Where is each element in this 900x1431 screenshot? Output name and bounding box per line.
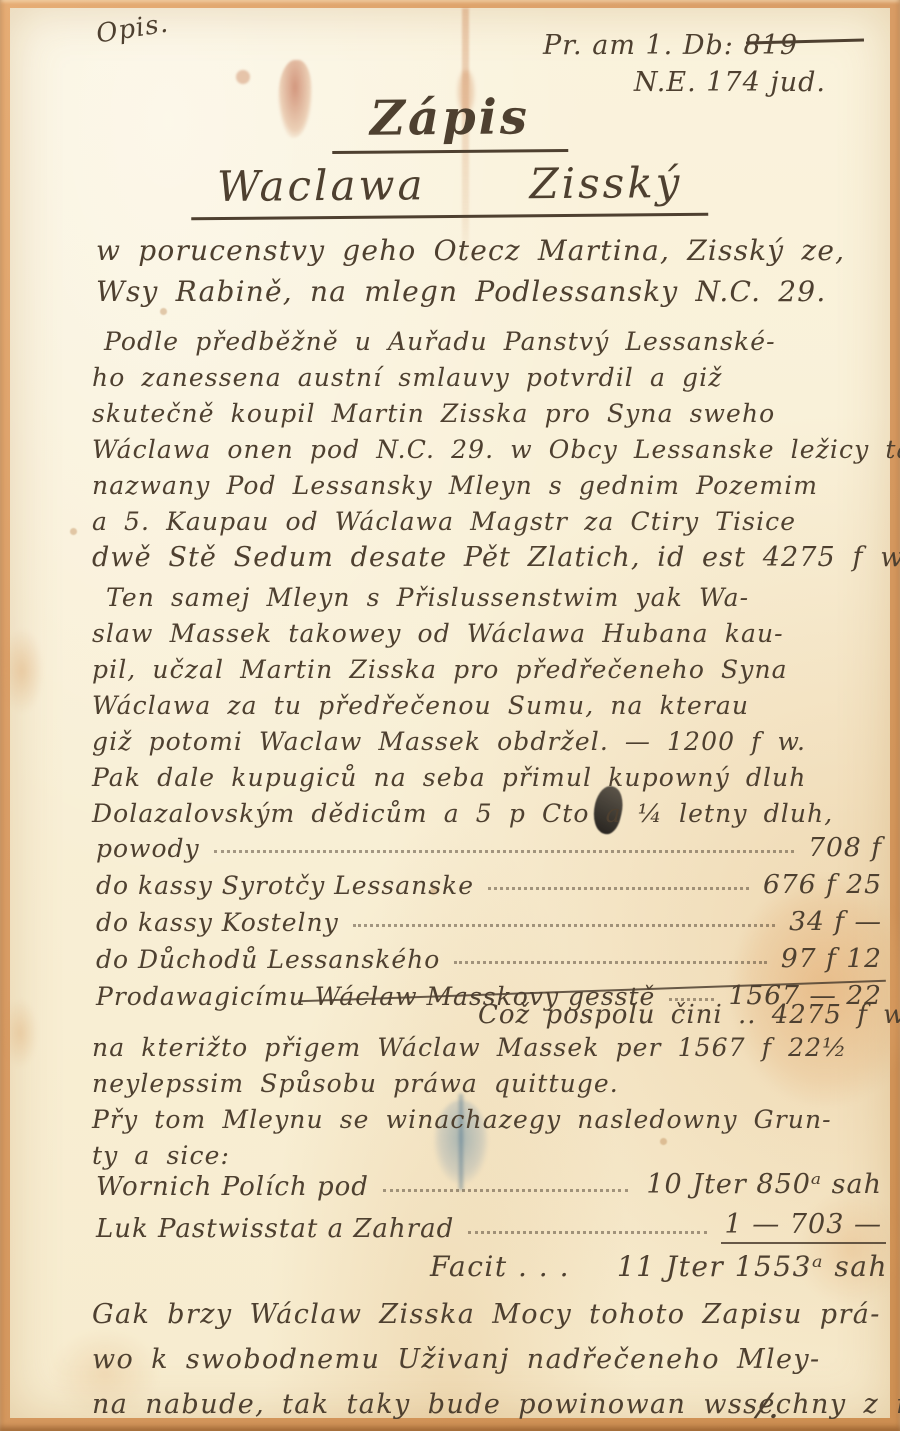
land-label: Luk Pastwisstat a Zahrad — [96, 1214, 454, 1244]
body-line: pil, učzal Martin Zisska pro předřečeneh… — [92, 652, 874, 688]
facit-row: Facit . . . 11 Jter 1553ᵃ sah — [430, 1250, 888, 1283]
rust-spot — [236, 70, 250, 84]
account-label: do Důchodů Lessanského — [96, 945, 440, 974]
dotted-leader — [488, 887, 749, 890]
body-line: slaw Massek takowey od Wáclawa Hubana ka… — [92, 616, 874, 652]
body-line: a 5. Kaupau od Wáclawa Magstr za Ctiry T… — [92, 504, 874, 540]
quittance-line: na kterižto přigem Wáclaw Massek per 156… — [92, 1030, 874, 1066]
closing-line: wo k swobodnemu Uživanj nadřečeneho Mley… — [92, 1337, 874, 1382]
manuscript-page: Opis. Pr. am 1. Db: 819 N.E. 174 jud. Zá… — [0, 0, 900, 1431]
grounds-line: Přy tom Mleynu se winachazegy nasledowny… — [92, 1102, 874, 1138]
quittance-line: neylepssim Spůsobu práwa quittuge. — [92, 1066, 874, 1102]
account-row: do kassy Syrotčy Lessanske 676 f 25 — [96, 863, 882, 900]
land-amount: 1 — 703 — — [721, 1209, 886, 1244]
title-wrap: Zápis — [10, 90, 890, 153]
copy-annotation: Opis. — [94, 8, 171, 49]
subtitle-word-2: Zisský — [530, 158, 683, 208]
dotted-leader — [383, 1189, 628, 1192]
body-line: skutečně koupil Martin Zisska pro Syna s… — [92, 396, 874, 432]
intro-paragraph: w porucenstvy geho Otecz Martina, Zisský… — [96, 230, 845, 312]
body-line: ho zanessena austní smlauvy potvrdil a g… — [92, 360, 874, 396]
facit-amount: 11 Jter 1553ᵃ sah — [617, 1250, 888, 1283]
document-subtitle: Waclawa Zisský — [191, 158, 709, 221]
quittance-paragraph: na kterižto přigem Wáclaw Massek per 156… — [92, 1030, 874, 1102]
subtitle-wrap: Waclawa Zisský — [10, 160, 890, 218]
account-amount: 708 f — [808, 832, 882, 863]
land-list: Wornich Polích pod 10 Jter 850ᵃ sah Luk … — [96, 1160, 886, 1244]
account-row: do kassy Kostelny 34 f — — [96, 900, 882, 937]
body-line: nazwany Pod Lessansky Mleyn s gednim Poz… — [92, 468, 874, 504]
account-amount: 676 f 25 — [763, 869, 882, 900]
intro-line: w porucenstvy geho Otecz Martina, Zisský… — [96, 230, 845, 271]
dotted-leader — [454, 961, 767, 964]
land-label: Wornich Polích pod — [96, 1172, 369, 1202]
body-paragraph-2: Ten samej Mleyn s Přislussenstwim yak Wa… — [92, 580, 874, 832]
aging-stain — [2, 998, 38, 1068]
account-row: do Důchodů Lessanského 97 f 12 — [96, 937, 882, 974]
paper-freckle — [70, 528, 77, 535]
body-line: Wáclawa za tu předřečenou Sumu, na ktera… — [92, 688, 874, 724]
facit-label: Facit . . . — [430, 1250, 570, 1283]
dotted-leader — [353, 924, 775, 927]
land-row-meadows: Luk Pastwisstat a Zahrad 1 — 703 — — [96, 1202, 886, 1244]
body-line-paid-amount: giž potomi Waclaw Massek obdržel. — 1200… — [92, 724, 874, 760]
body-line: Ten samej Mleyn s Přislussenstwim yak Wa… — [92, 580, 874, 616]
land-amount: 10 Jter 850ᵃ sah — [642, 1169, 886, 1202]
document-title: Zápis — [332, 89, 569, 154]
header-right-block: Pr. am 1. Db: 819 N.E. 174 jud. — [543, 30, 864, 98]
account-row: powody 708 f — [96, 826, 882, 863]
account-amount: 34 f — — [789, 906, 882, 937]
dotted-leader — [214, 850, 795, 853]
dotted-leader — [468, 1231, 706, 1234]
body-line-purchase-price: dwě Stě Sedum desate Pět Zlatich, id est… — [92, 540, 874, 576]
subtitle-word-1: Waclawa — [217, 160, 426, 211]
account-label: do kassy Syrotčy Lessanske — [96, 871, 474, 900]
aging-stain — [0, 628, 44, 714]
land-row-fields: Wornich Polích pod 10 Jter 850ᵃ sah — [96, 1160, 886, 1202]
account-total: Což pospolu čini .. 4275 f w. w. — [478, 1000, 900, 1030]
closing-line: Gak brzy Wáclaw Zisska Mocy tohoto Zapis… — [92, 1292, 874, 1337]
account-label: powody — [96, 834, 200, 863]
account-amount: 97 f 12 — [781, 943, 882, 974]
paper-sheet: Opis. Pr. am 1. Db: 819 N.E. 174 jud. Zá… — [10, 8, 890, 1418]
body-line: Wáclawa onen pod N.C. 29. w Obcy Lessans… — [92, 432, 874, 468]
body-paragraph-1: Podle předběžně u Auřadu Panstvý Lessans… — [92, 324, 874, 576]
date-line: Pr. am 1. Db: 819 — [543, 30, 864, 61]
body-line: Podle předběžně u Auřadu Panstvý Lessans… — [92, 324, 874, 360]
account-label: do kassy Kostelny — [96, 908, 339, 937]
intro-line: Wsy Rabině, na mlegn Podlessansky N.C. 2… — [96, 271, 845, 312]
body-line: Pak dale kupugiců na seba přimul kupowný… — [92, 760, 874, 796]
date-text: Pr. am 1. Db: 819 — [543, 30, 798, 61]
